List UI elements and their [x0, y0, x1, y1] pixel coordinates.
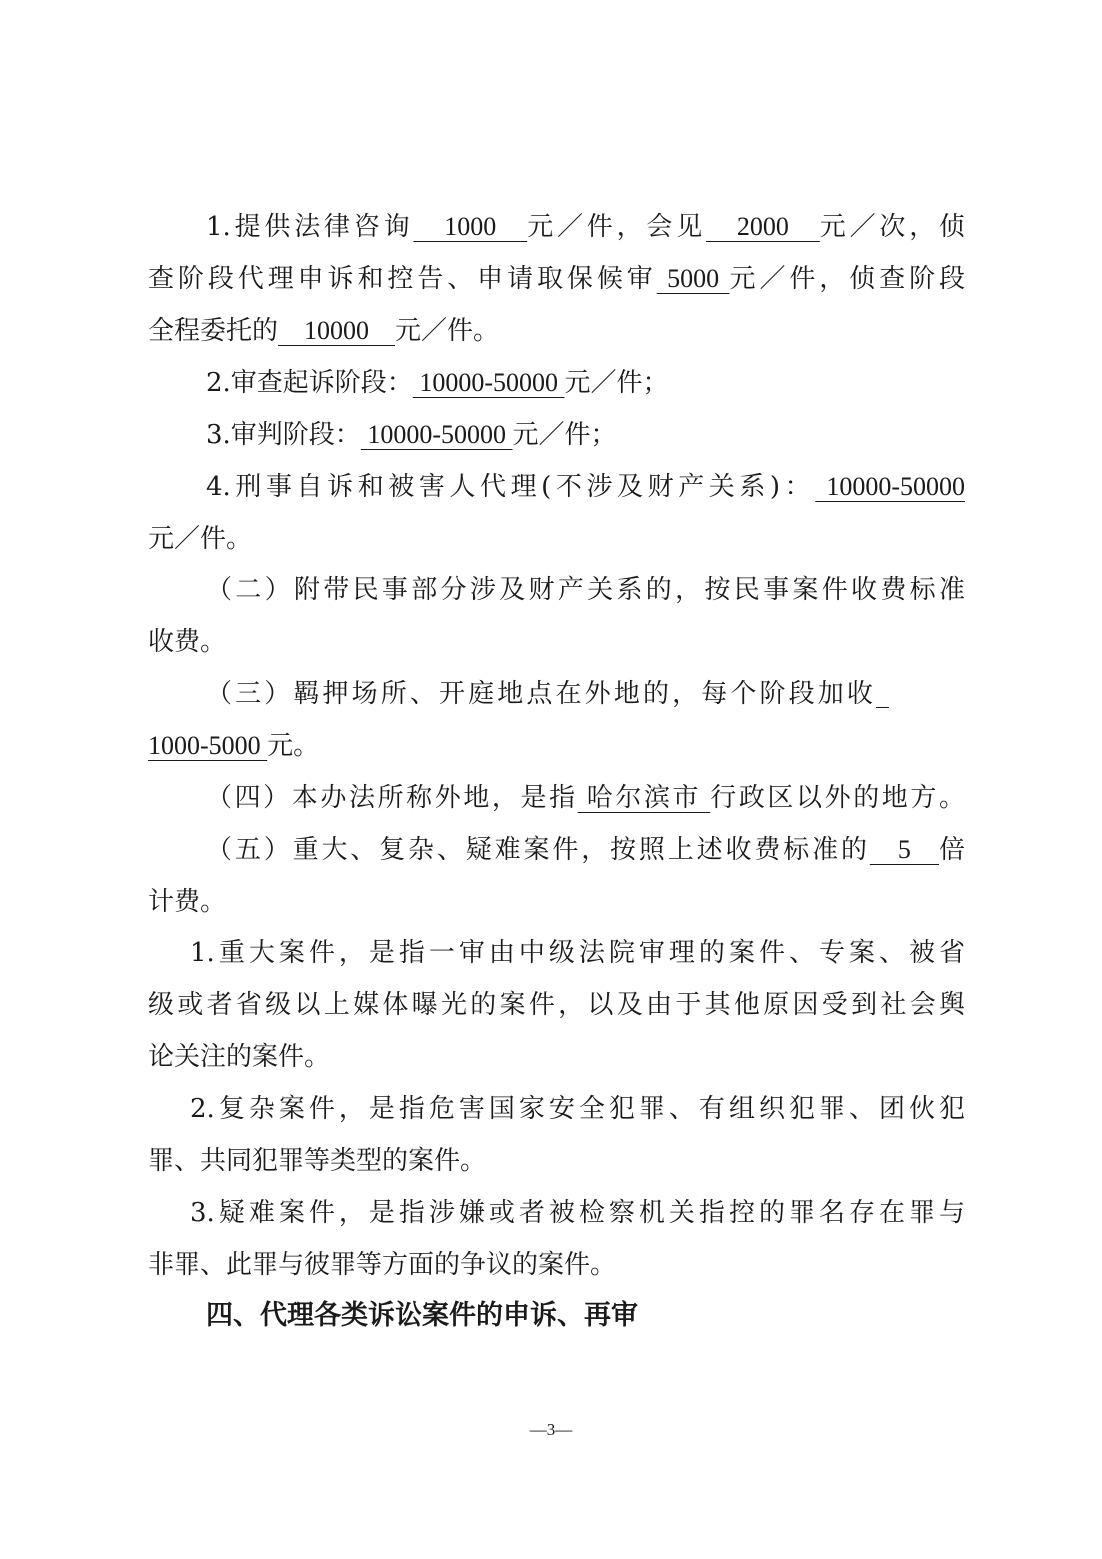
text: （四）本办法所称外地，是指 [206, 783, 578, 813]
paragraph-out-of-town-line-1: （三）羁押场所、开庭地点在外地的，每个阶段加收_ [206, 674, 889, 714]
text: 元／件。 [395, 316, 499, 346]
text: 元／件，侦查阶段 [730, 264, 965, 294]
text: 元／件； [512, 420, 616, 450]
text: 元／件。 [148, 524, 252, 554]
prosecution-review-fee-value: 10000-50000 [413, 368, 565, 397]
text: 4.刑事自诉和被害人代理(不涉及财产关系)： [206, 472, 815, 502]
paragraph-major-case-line-1: 1.重大案件，是指一审由中级法院审理的案件、专案、被省 [190, 933, 965, 973]
text: 计费。 [148, 887, 226, 917]
private-prosecution-fee-value: 10000-50000 [815, 472, 965, 501]
paragraph-private-prosecution-line-1: 4.刑事自诉和被害人代理(不涉及财产关系)： 10000-50000 [206, 467, 965, 507]
paragraph-major-case-line-2: 级或者省级以上媒体曝光的案件，以及由于其他原因受到社会舆 [148, 985, 965, 1025]
document-page: 1.提供法律咨询 1000 元／件，会见 2000 元／次，侦 查阶段代理申诉和… [0, 0, 1102, 1559]
section-heading: 四、代理各类诉讼案件的申诉、再审 [206, 1296, 965, 1336]
text: 3.疑难案件，是指涉嫌或者被检察机关指控的罪名存在罪与 [190, 1198, 965, 1228]
text: 收费。 [148, 627, 226, 657]
text: 2.审查起诉阶段： [206, 368, 413, 398]
paragraph-prosecution-review: 2.审查起诉阶段： 10000-50000 元／件； [206, 363, 965, 403]
paragraph-complex-cases-line-1: （五）重大、复杂、疑难案件，按照上述收费标准的 5 倍 [206, 830, 965, 870]
paragraph-civil-attached-line-1: （二）附带民事部分涉及财产关系的，按民事案件收费标准 [206, 570, 965, 610]
text: 元。 [267, 731, 319, 761]
paragraph-difficult-case-line-1: 3.疑难案件，是指涉嫌或者被检察机关指控的罪名存在罪与 [190, 1193, 965, 1233]
text: 倍 [939, 835, 965, 865]
text: 查阶段代理申诉和控告、申请取保候审 [148, 264, 657, 294]
paragraph-complicated-case-line-2: 罪、共同犯罪等类型的案件。 [148, 1141, 965, 1181]
consultation-fee-value: 1000 [413, 212, 527, 241]
paragraph-definition-out-of-town: （四）本办法所称外地，是指 哈尔滨市 行政区以外的地方。 [206, 778, 965, 818]
text: 全程委托的 [148, 316, 278, 346]
paragraph-difficult-case-line-2: 非罪、此罪与彼罪等方面的争议的案件。 [148, 1245, 965, 1285]
text: 1.提供法律咨询 [206, 212, 413, 242]
text: 行政区以外的地方。 [710, 783, 965, 813]
text: 元／件； [564, 368, 668, 398]
trial-fee-value: 10000-50000 [361, 420, 513, 449]
paragraph-complicated-case-line-1: 2.复杂案件，是指危害国家安全犯罪、有组织犯罪、团伙犯 [190, 1089, 965, 1129]
text: （五）重大、复杂、疑难案件，按照上述收费标准的 [206, 835, 870, 865]
paragraph-civil-attached-line-2: 收费。 [148, 622, 965, 662]
paragraph-complex-cases-line-2: 计费。 [148, 882, 965, 922]
paragraph-out-of-town-line-2: 1000-5000 元。 [148, 726, 965, 766]
paragraph-consultation-line-3: 全程委托的 10000 元／件。 [148, 311, 965, 351]
text: （三）羁押场所、开庭地点在外地的，每个阶段加收_ [206, 679, 889, 709]
paragraph-consultation-line-1: 1.提供法律咨询 1000 元／件，会见 2000 元／次，侦 [206, 207, 965, 247]
text: 罪、共同犯罪等类型的案件。 [148, 1146, 486, 1176]
paragraph-consultation-line-2: 查阶段代理申诉和控告、申请取保候审 5000 元／件，侦查阶段 [148, 259, 965, 299]
multiplier-value: 5 [870, 835, 939, 864]
text: 元／件，会见 [527, 212, 706, 242]
text: 元／次，侦 [820, 212, 965, 242]
text: 论关注的案件。 [148, 1042, 330, 1072]
out-of-town-fee-value: 1000-5000 [148, 731, 267, 760]
bail-fee-value: 5000 [657, 264, 730, 293]
text: 非罪、此罪与彼罪等方面的争议的案件。 [148, 1250, 616, 1280]
city-value: 哈尔滨市 [578, 783, 711, 812]
paragraph-private-prosecution-line-2: 元／件。 [148, 519, 965, 559]
text: 级或者省级以上媒体曝光的案件，以及由于其他原因受到社会舆 [148, 990, 965, 1020]
paragraph-major-case-line-3: 论关注的案件。 [148, 1037, 965, 1077]
text: 2.复杂案件，是指危害国家安全犯罪、有组织犯罪、团伙犯 [190, 1094, 965, 1124]
paragraph-trial-stage: 3.审判阶段： 10000-50000 元／件； [206, 415, 965, 455]
text: （二）附带民事部分涉及财产关系的，按民事案件收费标准 [206, 575, 965, 605]
meeting-fee-value: 2000 [706, 212, 820, 241]
page-number: —3— [0, 1420, 1102, 1440]
text: 3.审判阶段： [206, 420, 361, 450]
full-investigation-fee-value: 10000 [278, 316, 395, 345]
text: 1.重大案件，是指一审由中级法院审理的案件、专案、被省 [190, 938, 965, 968]
